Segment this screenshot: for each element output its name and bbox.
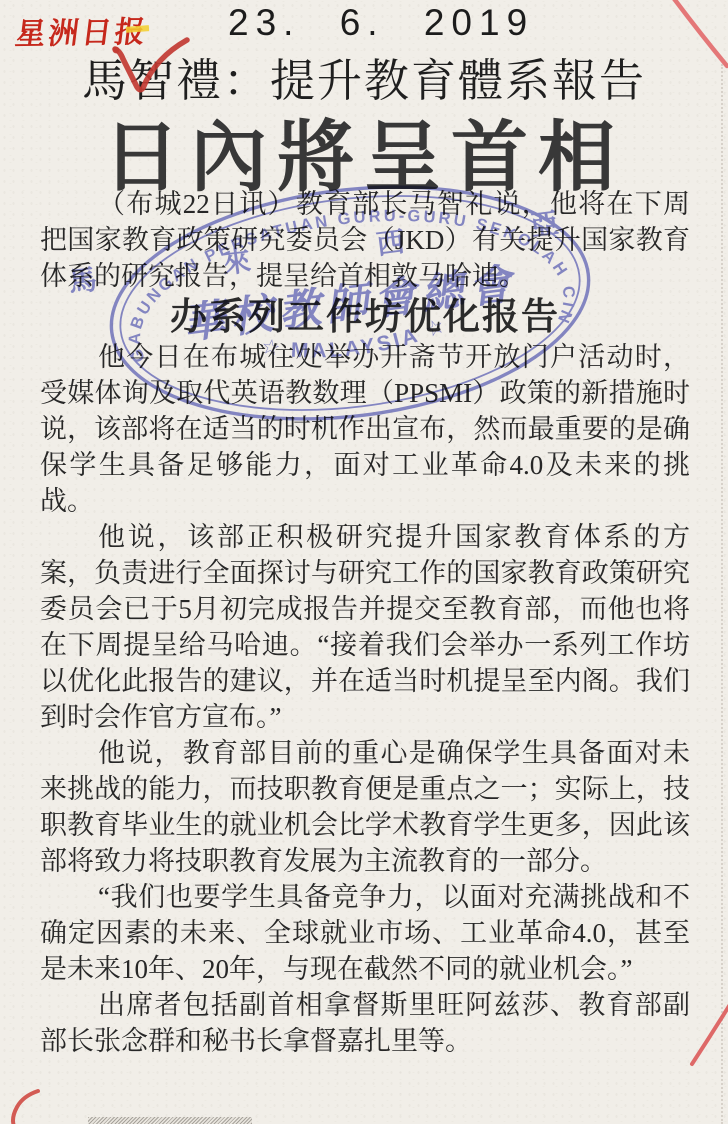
paragraph: 他说，教育部目前的重心是确保学生具备面对未来挑战的能力，而技职教育便是重点之一；…	[40, 735, 690, 879]
sub-headline: 办系列工作坊优化报告	[40, 299, 690, 335]
column-divider	[721, 64, 723, 1124]
pen-stroke-bottom-left	[13, 1091, 38, 1124]
paragraph: 他今日在布城住处举办开斋节开放门户活动时，受媒体询及取代英语教数理（PPSMI）…	[40, 339, 690, 519]
paragraph: 出席者包括副首相拿督斯里旺阿兹莎、教育部副部长张念群和秘书长拿督嘉扎里等。	[40, 987, 690, 1059]
lead-paragraph: （布城22日讯）教育部长马智礼说，他将在下周把国家教育政策研究委员会（JKD）有…	[40, 186, 690, 294]
article-body: （布城22日讯）教育部长马智礼说，他将在下周把国家教育政策研究委员会（JKD）有…	[40, 186, 690, 1059]
date-stamp: 23. 6. 2019	[228, 2, 534, 44]
decorative-border-fragment	[88, 1117, 252, 1124]
paragraph: “我们也要学生具备竞争力，以面对充满挑战和不确定因素的未来、全球就业市场、工业革…	[40, 879, 690, 987]
paragraph: 他说，该部正积极研究提升国家教育体系的方案，负责进行全面探讨与研究工作的国家教育…	[40, 519, 690, 735]
